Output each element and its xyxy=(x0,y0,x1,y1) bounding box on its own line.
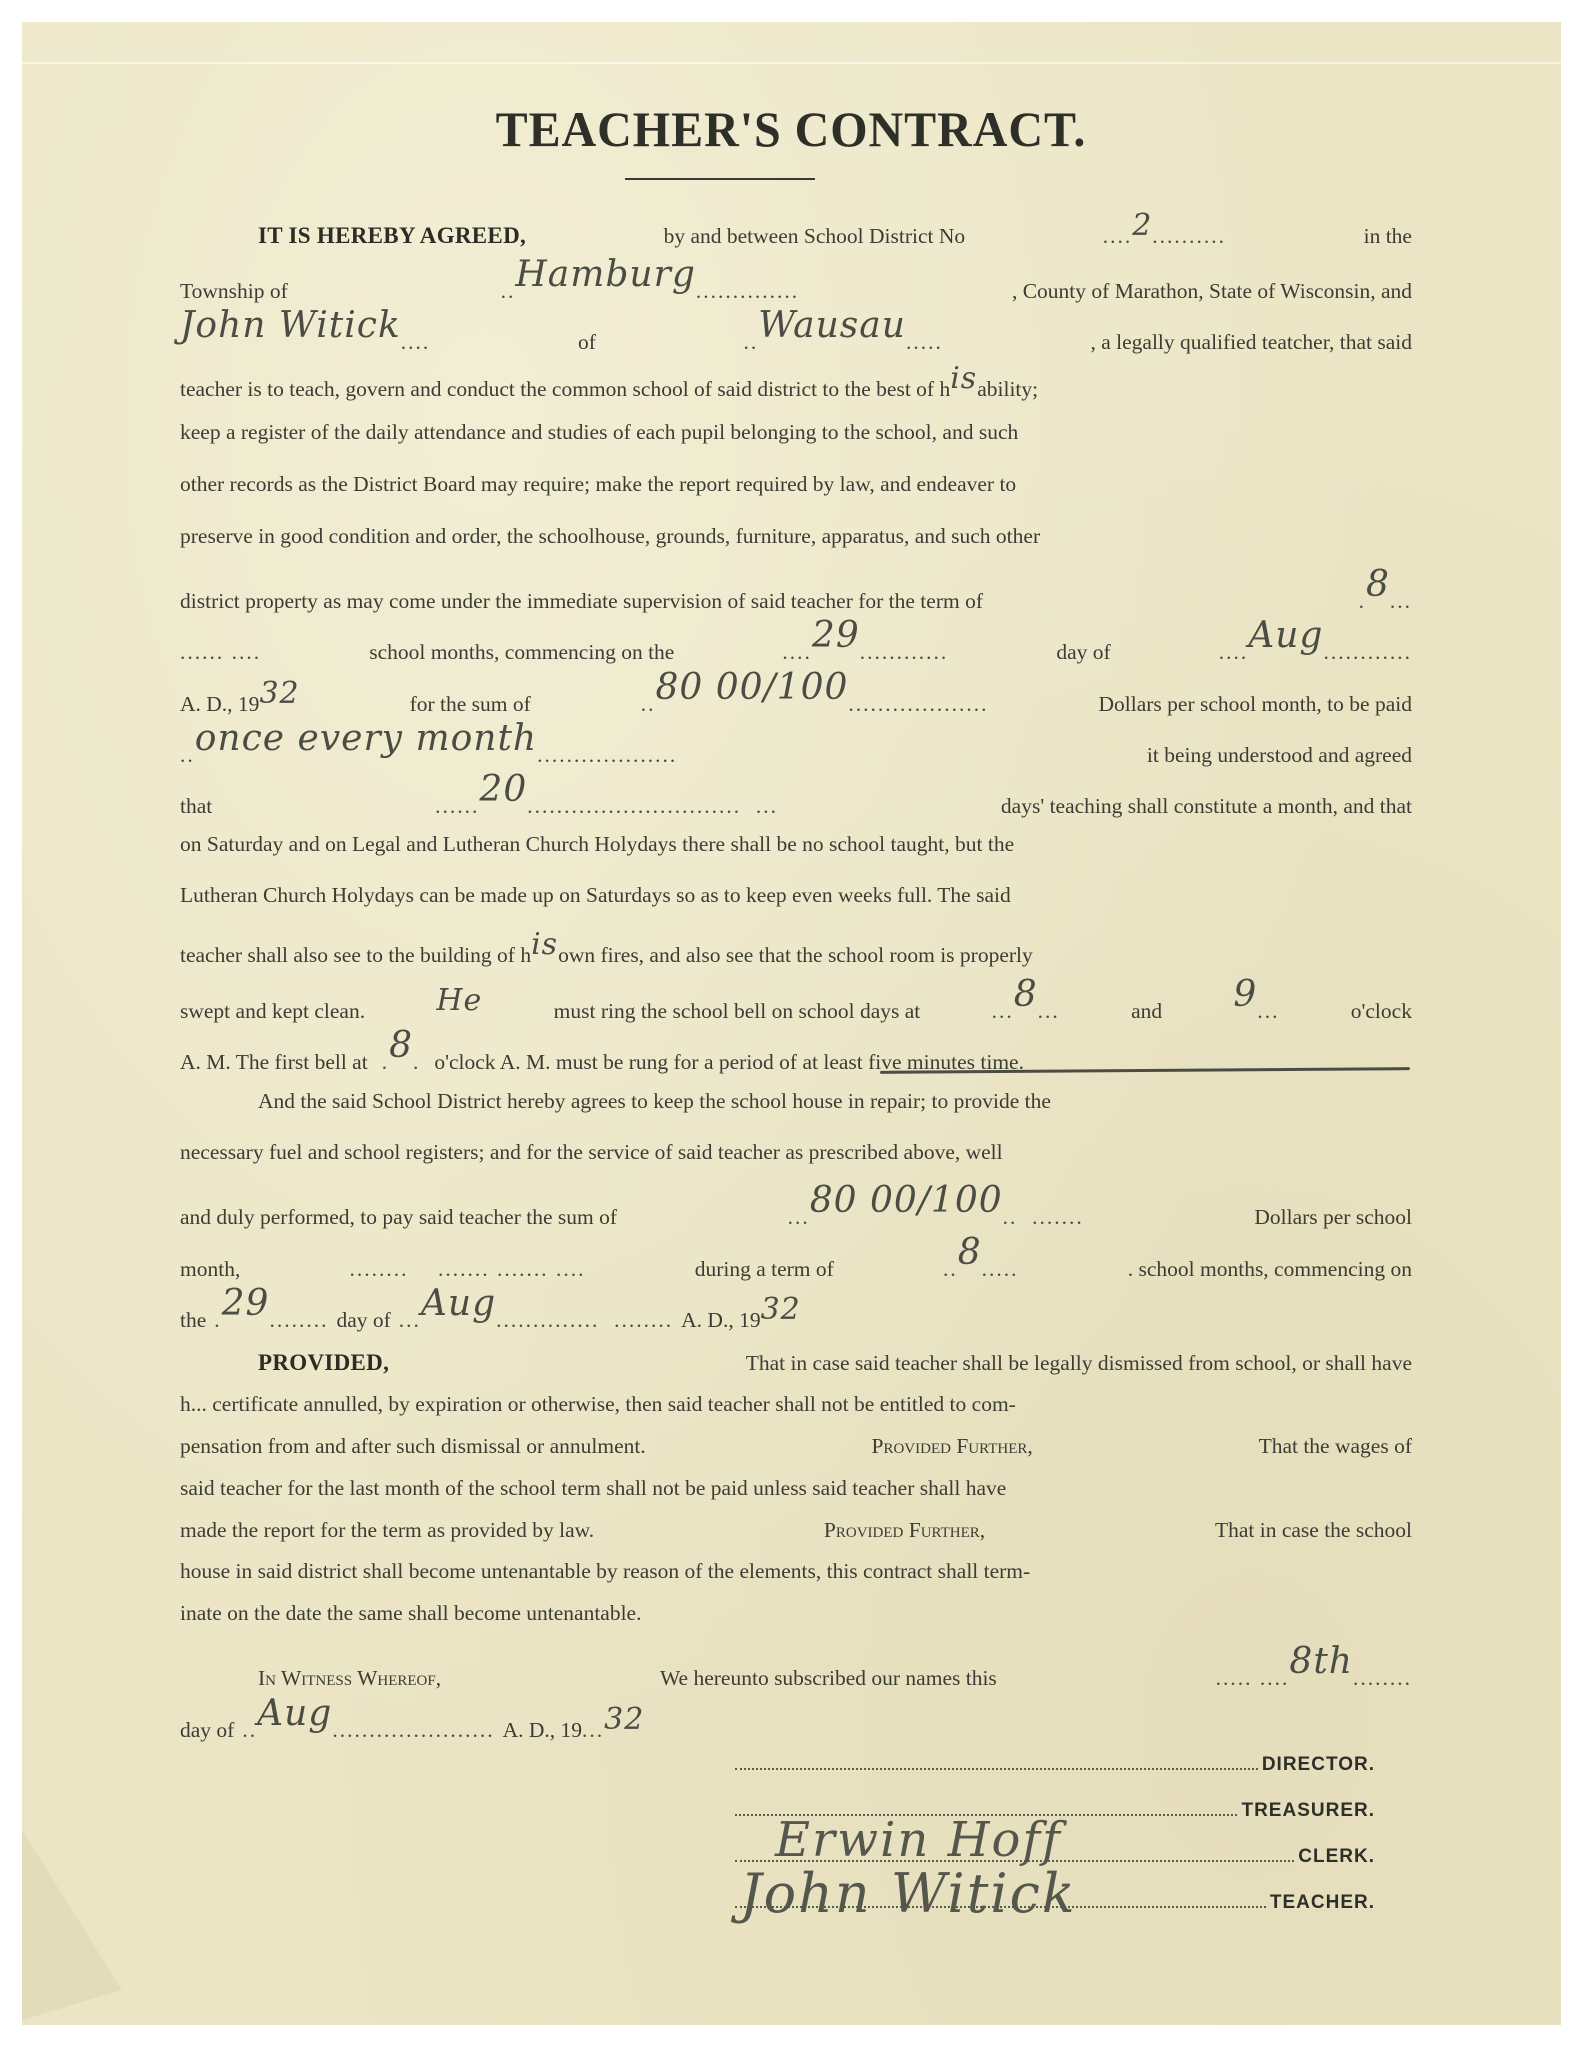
days-per-month: 20 xyxy=(479,769,527,810)
district-agrees-line-3: and duly performed, to pay said teacher … xyxy=(180,1192,1412,1224)
text: . school months, commencing on xyxy=(1128,1257,1412,1282)
contract-year[interactable]: 32 xyxy=(259,676,299,711)
text: A. D., 19...32 xyxy=(503,1710,645,1745)
district-sum-blank[interactable]: ...80 00/100.. ....... xyxy=(788,1192,1084,1233)
text: Township of xyxy=(180,279,288,304)
provided-line-4: said teacher for the last month of the s… xyxy=(180,1476,1412,1508)
district-start-month: Aug xyxy=(421,1283,496,1324)
text: said teacher for the last month of the s… xyxy=(180,1476,1006,1501)
district-start-day-blank[interactable]: .29........ xyxy=(214,1295,328,1336)
agreement-line-12: that ......20...........................… xyxy=(180,781,1412,813)
text: That in case said teacher shall be legal… xyxy=(746,1351,1412,1376)
agreement-line-16: swept and kept clean. He must ring the s… xyxy=(180,986,1412,1018)
first-bell-time: 8 xyxy=(389,1025,413,1066)
agreement-line-3: John Witick.... of ..Wausau..... , a leg… xyxy=(180,317,1412,349)
agreement-line-9: ...... .... school months, commencing on… xyxy=(180,627,1412,659)
teacher-name-blank[interactable]: John Witick.... xyxy=(180,317,430,358)
witness-line-1: In Witness Whereof, We hereunto subscrib… xyxy=(258,1653,1412,1685)
text: made the report for the term as provided… xyxy=(180,1518,594,1543)
text: day of xyxy=(336,1308,390,1333)
text: on Saturday and on Legal and Lutheran Ch… xyxy=(180,832,1014,857)
text: and duly performed, to pay said teacher … xyxy=(180,1205,617,1230)
payment-schedule-blank[interactable]: ..once every month................... xyxy=(180,730,677,771)
text: teacher shall also see to the building o… xyxy=(180,935,1033,970)
text: school months, commencing on the xyxy=(369,640,674,665)
provided-line-7: inate on the date the same shall become … xyxy=(180,1601,1412,1633)
filler-dots: ........ ....... ....... .... xyxy=(350,1257,586,1282)
text: days' teaching shall constitute a month,… xyxy=(1001,794,1412,819)
district-agrees-line-2: necessary fuel and school registers; and… xyxy=(180,1140,1412,1172)
agreement-line-6: other records as the District Board may … xyxy=(180,472,1412,504)
witness-lead: In Witness Whereof, xyxy=(258,1666,441,1691)
district-start-day: 29 xyxy=(222,1283,270,1324)
start-day: 29 xyxy=(812,615,860,656)
text: pensation from and after such dismissal … xyxy=(180,1434,646,1459)
provided-line-2: h... certificate annulled, by expiration… xyxy=(180,1392,1412,1424)
signature-dots xyxy=(735,1752,1258,1770)
start-month: Aug xyxy=(1248,615,1323,656)
agreement-line-2: Township of ..Hamburg.............. , Co… xyxy=(180,266,1412,298)
text: for the sum of xyxy=(410,692,531,717)
start-day-blank[interactable]: ....29............ xyxy=(782,627,948,668)
text: it being understood and agreed xyxy=(1147,743,1412,768)
witness-month-blank[interactable]: ..Aug...................... xyxy=(242,1705,494,1746)
agreement-line-1: IT IS HEREBY AGREED, by and between Scho… xyxy=(258,216,1412,248)
monthly-sum-blank[interactable]: ..80 00/100................... xyxy=(641,679,989,720)
term-months-blank[interactable]: .8... xyxy=(1359,576,1412,617)
bell-time-2-blank[interactable]: 9... xyxy=(1233,986,1279,1027)
first-bell-blank[interactable]: .8. xyxy=(382,1037,421,1078)
pronoun-hw: is xyxy=(950,361,977,396)
treasurer-role: TREASURER. xyxy=(1241,1800,1375,1822)
director-signature-line[interactable]: DIRECTOR. xyxy=(735,1752,1375,1782)
text: A. D., 19 xyxy=(180,692,259,716)
agreement-line-15: teacher shall also see to the building o… xyxy=(180,935,1412,967)
text: That in case the school xyxy=(1215,1518,1412,1543)
teacher-signature: John Witick xyxy=(740,1862,1077,1925)
text: A. D., 1932 xyxy=(180,684,300,719)
bell-time-1: 8 xyxy=(1014,974,1038,1015)
text: teacher shall also see to the building o… xyxy=(180,943,531,967)
director-role: DIRECTOR. xyxy=(1262,1754,1375,1776)
text: inate on the date the same shall become … xyxy=(180,1601,641,1626)
agreement-line-7: preserve in good condition and order, th… xyxy=(180,524,1412,556)
monthly-sum: 80 00/100 xyxy=(656,667,849,708)
leading-dots: ...... .... xyxy=(180,640,261,665)
text: Dollars per school month, to be paid xyxy=(1098,692,1411,717)
witness-day-blank[interactable]: ..... ....8th........ xyxy=(1216,1653,1412,1694)
text: Lutheran Church Holydays can be made up … xyxy=(180,883,1011,908)
pronoun-he[interactable]: He xyxy=(436,983,482,1018)
agreement-line-8: district property as may come under the … xyxy=(180,576,1412,608)
district-number: 2 xyxy=(1132,208,1152,243)
agreement-line-14: Lutheran Church Holydays can be made up … xyxy=(180,883,1412,915)
text: , a legally qualified teatcher, that sai… xyxy=(1090,330,1412,355)
provided-line-6: house in said district shall become unte… xyxy=(180,1559,1412,1591)
provided-line-1: PROVIDED, That in case said teacher shal… xyxy=(258,1350,1412,1382)
text: swept and kept clean. xyxy=(180,999,365,1024)
text: day of xyxy=(180,1718,234,1743)
witness-day: 8th xyxy=(1289,1641,1353,1682)
title-rule xyxy=(625,178,815,180)
agreement-line-13: on Saturday and on Legal and Lutheran Ch… xyxy=(180,832,1412,864)
text: A. D., 1932 xyxy=(681,1300,801,1335)
text: own fires, and also see that the school … xyxy=(558,943,1033,967)
district-sum: 80 00/100 xyxy=(810,1180,1003,1221)
pronoun-hw-2: is xyxy=(531,927,558,962)
agreement-line-17: A. M. The first bell at .8. o'clock A. M… xyxy=(180,1037,1412,1069)
text: and xyxy=(1131,999,1162,1024)
teacher-name: John Witick xyxy=(180,305,401,346)
payment-schedule: once every month xyxy=(195,718,537,759)
provided-line-5: made the report for the term as provided… xyxy=(180,1518,1412,1550)
teacher-residence: Wausau xyxy=(758,305,906,346)
text: during a term of xyxy=(695,1257,834,1282)
folded-corner xyxy=(22,1830,122,2020)
document-title: TEACHER'S CONTRACT. xyxy=(32,100,1551,158)
district-term-months: 8 xyxy=(958,1232,982,1273)
bell-time-2: 9 xyxy=(1233,974,1257,1015)
district-start-month-blank[interactable]: ...Aug.............. ........ xyxy=(399,1295,673,1336)
provided-further-2: Provided Further, xyxy=(824,1518,985,1543)
text: house in said district shall become unte… xyxy=(180,1559,1030,1584)
text: That the wages of xyxy=(1259,1434,1412,1459)
text: district property as may come under the … xyxy=(180,589,983,614)
district-no-blank[interactable]: ....2.......... xyxy=(1103,216,1226,251)
township-blank[interactable]: ..Hamburg.............. xyxy=(501,266,799,307)
provided-further-1: Provided Further, xyxy=(872,1434,1033,1459)
agreed-lead: IT IS HEREBY AGREED, xyxy=(258,223,526,249)
provided-lead: PROVIDED, xyxy=(258,1350,389,1376)
district-agrees-line-4: month, ........ ....... ....... .... dur… xyxy=(180,1244,1412,1276)
text: the xyxy=(180,1308,206,1333)
start-month-blank[interactable]: ....Aug............ xyxy=(1219,627,1412,668)
agreement-line-10: A. D., 1932 for the sum of ..80 00/100..… xyxy=(180,679,1412,711)
text: , County of Marathon, State of Wisconsin… xyxy=(1012,279,1412,304)
text: A. D., 19 xyxy=(681,1308,760,1332)
witness-year[interactable]: 32 xyxy=(604,1702,644,1737)
district-term-blank[interactable]: ..8..... xyxy=(943,1244,1019,1285)
text: must ring the school bell on school days… xyxy=(554,999,921,1024)
district-agrees-line-1: And the said School District hereby agre… xyxy=(258,1089,1412,1121)
text: month, xyxy=(180,1257,240,1282)
text: day of xyxy=(1056,640,1110,665)
text: A. D., 19 xyxy=(503,1718,582,1742)
text: that xyxy=(180,794,212,819)
agreement-line-11: ..once every month................... it… xyxy=(180,730,1412,762)
text: teacher is to teach, govern and conduct … xyxy=(180,369,1038,404)
text: of xyxy=(578,330,596,355)
text: Dollars per school xyxy=(1254,1205,1412,1230)
clerk-signature: Erwin Hoff xyxy=(775,1812,1062,1868)
district-year[interactable]: 32 xyxy=(761,1292,801,1327)
township-name: Hamburg xyxy=(515,254,695,295)
clerk-role: CLERK. xyxy=(1298,1846,1375,1868)
text: keep a register of the daily attendance … xyxy=(180,420,1018,445)
text: o'clock xyxy=(1351,999,1412,1024)
witness-month: Aug xyxy=(257,1693,332,1734)
text: And the said School District hereby agre… xyxy=(258,1089,1051,1114)
term-months: 8 xyxy=(1366,564,1390,605)
agreement-line-4: teacher is to teach, govern and conduct … xyxy=(180,369,1412,401)
provided-line-3: pensation from and after such dismissal … xyxy=(180,1434,1412,1466)
residence-blank[interactable]: ..Wausau..... xyxy=(744,317,943,358)
district-agrees-line-5: the .29........ day of ...Aug...........… xyxy=(180,1295,1412,1327)
teacher-role: TEACHER. xyxy=(1270,1892,1375,1914)
text: in the xyxy=(1364,224,1412,249)
text: teacher is to teach, govern and conduct … xyxy=(180,377,950,401)
text: by and between School District No xyxy=(664,224,966,249)
witness-line-2: day of ..Aug...................... A. D.… xyxy=(180,1705,1412,1737)
text: preserve in good condition and order, th… xyxy=(180,524,1040,549)
text: other records as the District Board may … xyxy=(180,472,1016,497)
text: ability; xyxy=(977,377,1038,401)
bell-time-1-blank[interactable]: ...8... xyxy=(992,986,1060,1027)
agreement-line-5: keep a register of the daily attendance … xyxy=(180,420,1412,452)
days-per-month-blank[interactable]: ......20............................. ..… xyxy=(435,781,778,822)
text: A. M. The first bell at xyxy=(180,1050,368,1075)
text: necessary fuel and school registers; and… xyxy=(180,1140,1003,1165)
text: We hereunto subscribed our names this xyxy=(660,1666,997,1691)
paper-fold-crease xyxy=(22,62,1561,64)
text: h... certificate annulled, by expiration… xyxy=(180,1392,1016,1417)
